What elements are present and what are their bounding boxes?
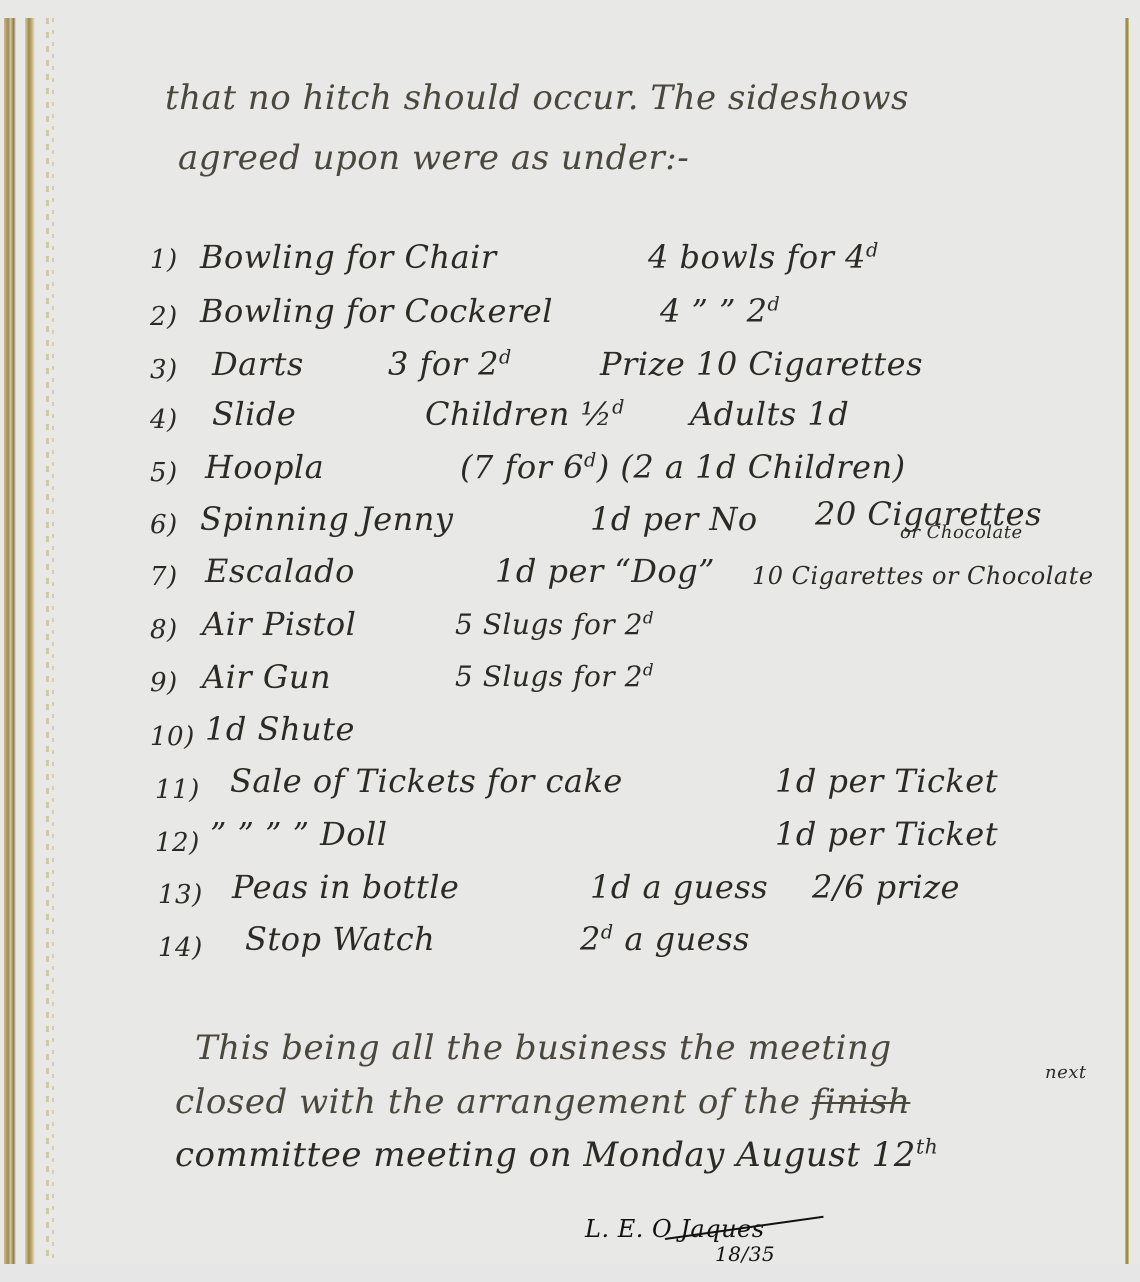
struck-word: finish bbox=[812, 1082, 911, 1122]
item-detail: 4 bowls for 4d bbox=[648, 238, 879, 276]
item-number: 8) bbox=[150, 615, 178, 645]
item-number: 6) bbox=[150, 510, 178, 540]
item-extra: Adults 1d bbox=[690, 395, 849, 433]
item-name: Slide bbox=[212, 395, 296, 433]
item-number: 7) bbox=[150, 562, 178, 592]
item-detail: 1d a guess bbox=[590, 868, 768, 906]
page-right-edge bbox=[1125, 18, 1129, 1264]
item-number: 5) bbox=[150, 458, 178, 488]
signature-date: 18/35 bbox=[715, 1242, 775, 1266]
item-number: 3) bbox=[150, 355, 178, 385]
item-number: 11) bbox=[155, 775, 200, 805]
item-number: 12) bbox=[155, 828, 200, 858]
item-name: Hoopla bbox=[205, 448, 324, 486]
closing-line-3: committee meeting on Monday August 12th bbox=[175, 1135, 938, 1175]
page-edge-marks bbox=[52, 18, 54, 1264]
item-detail: 3 for 2d bbox=[388, 345, 512, 383]
item-name: Spinning Jenny bbox=[200, 500, 453, 538]
item-detail: (7 for 6d) (2 a 1d Children) bbox=[460, 448, 906, 486]
item-name: Stop Watch bbox=[245, 920, 435, 958]
item-number: 1) bbox=[150, 245, 178, 275]
item-prize-note: or Chocolate bbox=[900, 522, 1023, 543]
item-detail: 2d a guess bbox=[580, 920, 750, 958]
item-name: Air Gun bbox=[202, 658, 331, 696]
intro-line-2: agreed upon were as under:- bbox=[178, 138, 689, 178]
closing-line-1: This being all the business the meeting bbox=[195, 1028, 892, 1068]
item-name: 1d Shute bbox=[205, 710, 355, 748]
page-binding-strip bbox=[25, 18, 35, 1264]
page-bottom-margin bbox=[0, 1264, 1140, 1282]
item-name: Darts bbox=[212, 345, 304, 383]
intro-line-1: that no hitch should occur. The sideshow… bbox=[165, 78, 909, 118]
item-number: 13) bbox=[158, 880, 203, 910]
item-name: Sale of Tickets for cake bbox=[230, 762, 623, 800]
item-name: Air Pistol bbox=[202, 605, 356, 643]
item-number: 4) bbox=[150, 405, 178, 435]
item-detail: 4 ” ” 2d bbox=[660, 292, 780, 330]
item-prize: 2/6 prize bbox=[812, 868, 960, 906]
item-detail: 1d per Ticket bbox=[775, 762, 998, 800]
page-binding-strip bbox=[4, 18, 16, 1264]
item-prize: Prize 10 Cigarettes bbox=[600, 345, 923, 383]
item-detail: 5 Slugs for 2d bbox=[455, 608, 654, 641]
closing-line-2: closed with the arrangement of the finis… bbox=[175, 1082, 910, 1122]
item-number: 14) bbox=[158, 933, 203, 963]
item-name: Bowling for Cockerel bbox=[200, 292, 553, 330]
item-name: Peas in bottle bbox=[232, 868, 459, 906]
inserted-word: next bbox=[1045, 1062, 1087, 1083]
item-number: 2) bbox=[150, 302, 178, 332]
page-edge-marks bbox=[46, 18, 49, 1264]
item-detail: 1d per No bbox=[590, 500, 758, 538]
item-number: 9) bbox=[150, 668, 178, 698]
ledger-page: that no hitch should occur. The sideshow… bbox=[0, 0, 1140, 1282]
item-detail: 1d per Ticket bbox=[775, 815, 998, 853]
item-name: Escalado bbox=[205, 552, 355, 590]
item-detail: Children ½d bbox=[425, 395, 625, 433]
item-name: Bowling for Chair bbox=[200, 238, 497, 276]
item-detail: 5 Slugs for 2d bbox=[455, 660, 654, 693]
item-prize: 10 Cigarettes or Chocolate bbox=[752, 562, 1094, 590]
item-name: ” ” ” ” Doll bbox=[210, 815, 388, 853]
item-detail: 1d per “Dog” bbox=[495, 552, 715, 590]
item-number: 10) bbox=[150, 722, 195, 752]
